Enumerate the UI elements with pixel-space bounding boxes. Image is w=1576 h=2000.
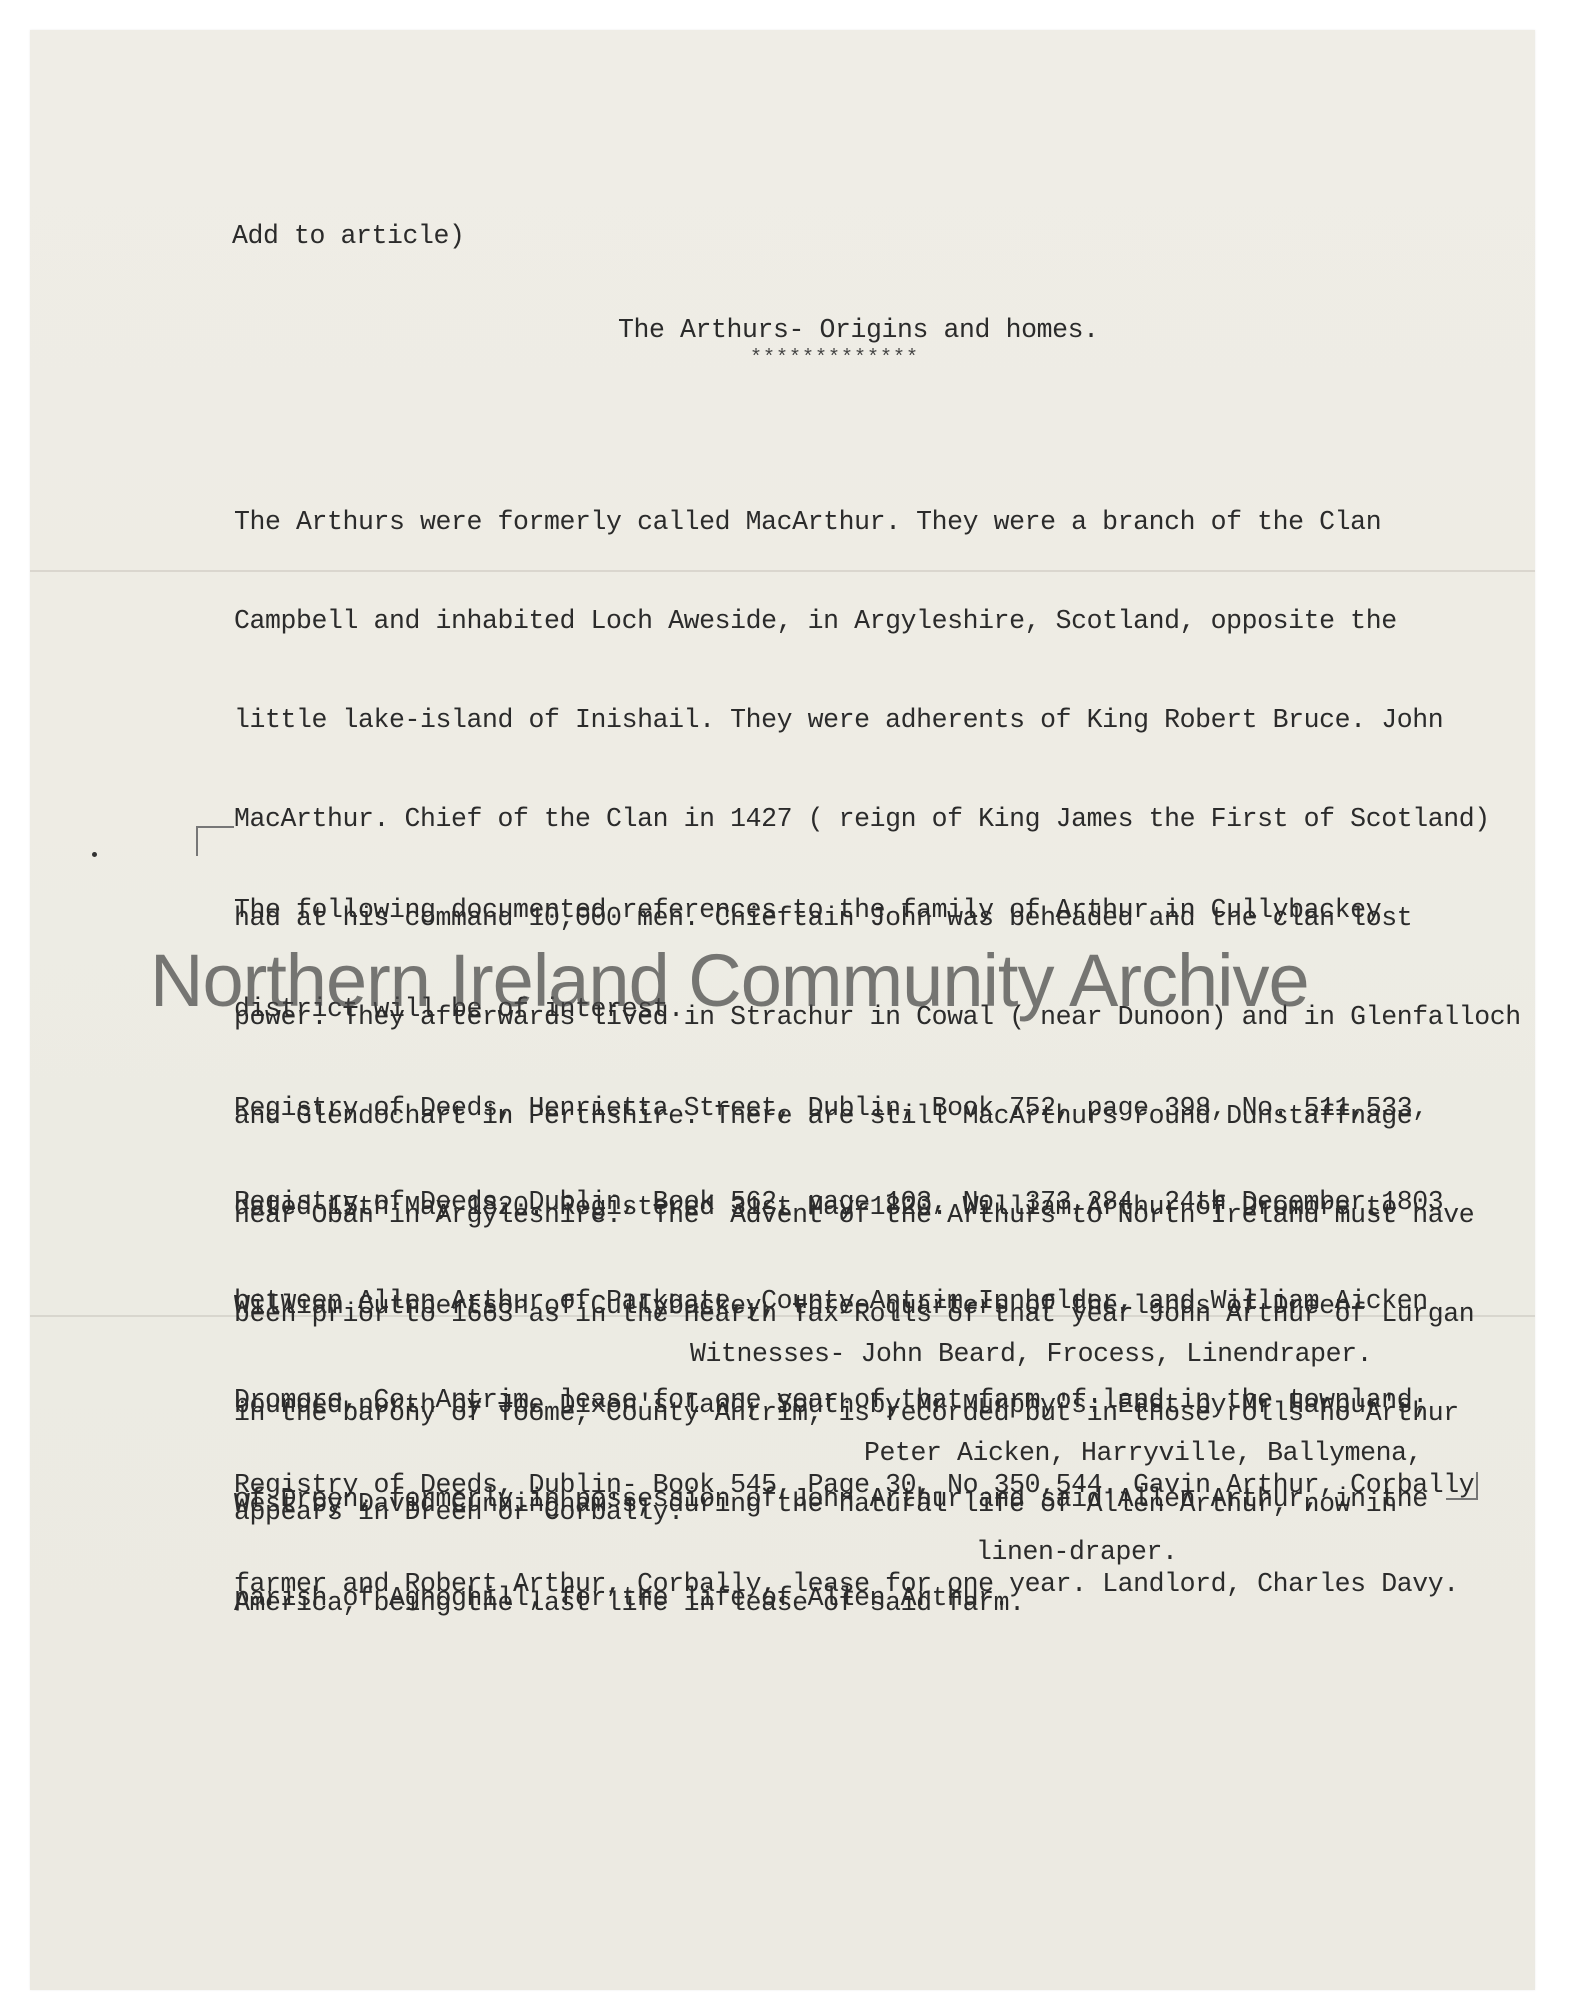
archive-watermark: Northern Ireland Community Archive bbox=[150, 938, 1309, 1023]
margin-bracket-mark bbox=[196, 826, 234, 856]
text-line: Campbell and inhabited Loch Aweside, in … bbox=[234, 605, 1521, 638]
text-line: Registry of Deeds, Dublin- Book 545, Pag… bbox=[234, 1469, 1474, 1502]
ink-spot bbox=[92, 852, 97, 857]
margin-bracket-mark bbox=[1446, 1472, 1478, 1500]
article-note: Add to article) bbox=[232, 220, 465, 253]
witness-line: Witnesses- John Beard, Frocess, Linendra… bbox=[234, 1338, 1422, 1371]
text-line: The Arthurs were formerly called MacArth… bbox=[234, 506, 1521, 539]
text-line: farmer and Robert Arthur, Corbally, leas… bbox=[234, 1568, 1474, 1601]
text-line: The following documented references to t… bbox=[234, 894, 1428, 927]
text-line: little lake-island of Inishail. They wer… bbox=[234, 704, 1521, 737]
paragraph-deed-book-545: Registry of Deeds, Dublin- Book 545, Pag… bbox=[234, 1403, 1474, 1634]
text-line: Registry of Deeds, Dublin, Book 562, pag… bbox=[234, 1186, 1443, 1219]
title-underline: ************* bbox=[750, 342, 919, 375]
